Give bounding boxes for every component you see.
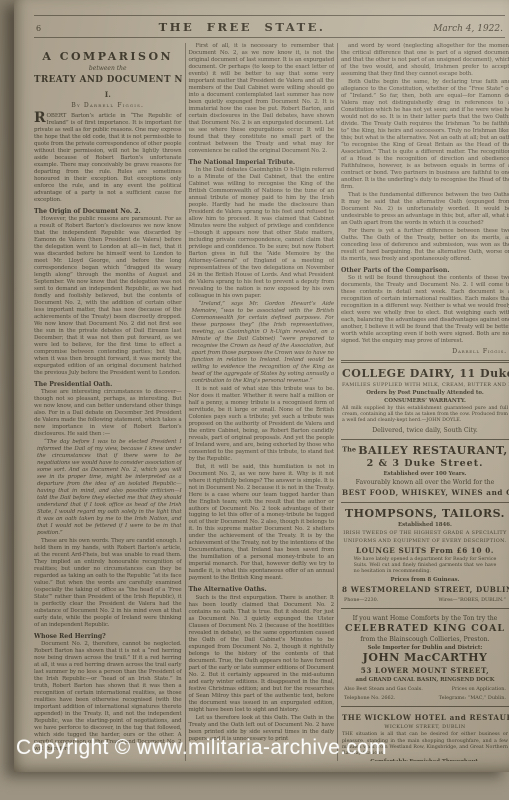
ad-line-h2: 2 & 3 Duke Street. [342,458,508,469]
ad-row-left: Also Best Steam and Gas Coals. [344,686,423,692]
ad-line-caps: IRISH TWEEDS OF THE HIGHEST GRADE A SPEC… [342,530,508,536]
ad-line-h3: BEST FOOD, WHISKEY, WINES and CIGARS [342,488,508,497]
section-number: I. [34,90,182,99]
article-paragraph: and word by word (neglecting altogether … [341,43,509,78]
ad-row-right: Wires—“ROBES, DUBLIN.” [438,597,506,603]
ad-line-bold: and GRAND CANAL BASIN, RINGSEND DOCK [342,677,508,683]
article-subtitle: TREATY AND DOCUMENT No. 2. [34,75,182,85]
article-subheading: The Origin of Document No. 2. [34,208,182,215]
article-subheading: The Presidential Oath. [34,381,182,388]
ad-line-caps: FAMILIES SUPPLIED WITH MILK, CREAM, BUTT… [342,382,508,388]
article-paragraph: These are interesting circumstances to d… [34,389,182,438]
article-paragraph: It is not said of what size this tribute… [188,386,334,463]
ad-john-maccarthy-coal: If you want Home Comforts by the Ton try… [341,608,509,706]
advertisements-section: COLLEGE DAIRY, 11 Duke StreetFAMILIES SU… [341,360,509,761]
ad-line-line: Delivered, twice daily, South City. [342,427,508,434]
ad-line-h1: JOHN MacCARTHY [342,651,508,664]
article-quote: “The day before I was to be elected Pres… [34,439,182,537]
issue-date: March 4, 1922. [408,24,503,34]
ad-line-h1: THOMPSONS, TAILORS. [342,507,508,520]
article-title: A COMPARISON [34,50,182,63]
article-column-3: and word by word (neglecting altogether … [341,43,509,761]
article-paragraph: First of all, it is necessary to remembe… [188,43,334,155]
article-paragraph: Such is the first expurgation. There is … [188,595,334,714]
ad-line-h3: LOUNGE SUITS From £6 10 0. [342,546,508,555]
ad-line-row: Phone—2230.Wires—“ROBES, DUBLIN.” [342,597,508,603]
ad-line-row: Telephone No. 2662.Telegrams: “MAC,” Dub… [342,695,508,701]
ad-line-finec: We have lately opened a department for R… [354,557,497,576]
article-paragraph: These are his own words. They are candid… [34,538,182,629]
page-number: 6 [36,24,76,33]
article-subheading: Whose Red Herring? [34,633,182,640]
article-paragraph: That is the fundamental difference betwe… [341,192,509,227]
ad-line-fine: All milk supplied by this establishment … [342,406,508,425]
article-columns: A COMPARISON between the TREATY AND DOCU… [34,43,509,761]
ad-line-h3: THE WICKLOW HOTEL and RESTAURANT [342,713,508,722]
article-column-2: First of all, it is necessary to remembe… [188,43,334,761]
article-paragraph: So it will be found throughout the conte… [341,275,509,345]
column-rule [185,43,186,761]
ad-line-caps: WICKLOW STREET, DUBLIN [342,724,508,730]
ad-line-line: Favourably known all over the World for … [342,479,508,486]
ad-line-bold: Established over 100 Years. [342,471,508,477]
ad-line-h1: COLLEGE DAIRY, 11 Duke Street [342,367,508,380]
article-subheading: Other Parts of the Comparison. [341,267,509,274]
column-rule [337,43,338,761]
ad-row-left: Telephone No. 2662. [344,695,395,701]
article-paragraph: For there is yet a further difference be… [341,228,509,263]
article-subheading: The Alternative Oaths. [188,586,334,593]
ad-line-bold: CONSUMERS’ WARRANTY. [342,398,508,404]
byline: By Darrell Figgis. [34,102,182,109]
ad-line-row: Also Best Steam and Gas Coals.Prices on … [342,686,508,692]
ad-headline-prefix: The [342,445,358,453]
ad-line-h2: CELEBRATED KING COAL [342,623,508,634]
ad-thompsons-tailors: THOMPSONS, TAILORS.Established 1846.IRIS… [341,502,509,609]
watermark: Copyright © www.militaria-archive.com [16,736,387,760]
scanned-newspaper-photo: { "watermark": "Copyright © www.militari… [0,0,509,800]
author-signature: Darrell Figgis. [341,348,507,355]
ad-row-left: Phone—2230. [344,597,378,603]
article-column-1: A COMPARISON between the TREATY AND DOCU… [34,43,182,761]
ad-line-line: from the Blainscough Collieries, Preston… [342,636,508,643]
ad-row-right: Telegrams: “MAC,” Dublin. [439,695,506,701]
ad-bailey-restaurant: The BAILEY RESTAURANT,2 & 3 Duke Street.… [341,439,509,502]
ad-line-bold: Orders by Post Punctually Attended to. [342,390,508,396]
ad-line-bold: Established 1846. [342,522,508,528]
article-title-connector: between the [34,65,182,72]
ad-line-h3: 53 LOWER MOUNT STREET, [342,666,508,675]
ad-line-h1: The BAILEY RESTAURANT, [342,444,508,457]
masthead: 6 THE FREE STATE. March 4, 1922. [34,15,505,38]
article-quote: “Ireland,” says Mr. Gordon Hewart’s Aide… [188,301,334,385]
article-paragraph: ROBERT Barton’s article in “The Republic… [34,113,182,204]
ad-line-bold: Prices from 8 Guineas. [342,577,508,583]
ad-line-h3: 8 WESTMORELAND STREET, DUBLIN. [342,585,508,594]
newspaper-page: 6 THE FREE STATE. March 4, 1922. A COMPA… [14,0,509,772]
ad-college-dairy: COLLEGE DAIRY, 11 Duke StreetFAMILIES SU… [341,363,509,439]
masthead-title: THE FREE STATE. [76,20,408,34]
article-subheading: The National Imperial Tribute. [188,159,334,166]
ad-line-caps: UNIFORMS AND EQUIPMENT OF EVERY DESCRIPT… [342,538,508,544]
ad-row-right: Prices on Application. [452,686,506,692]
article-paragraph: In the Dail debates Caoimhghin O h-Uigin… [188,167,334,300]
article-paragraph: But, it will be said, this humiliation i… [188,464,334,583]
drop-cap: R [34,113,46,124]
article-header: A COMPARISON between the TREATY AND DOCU… [34,50,182,109]
ad-line-line: If you want Home Comforts by the Ton try… [342,615,508,622]
article-paragraph: However, the public reasons are paramoun… [34,216,182,377]
article-column-3-text: and word by word (neglecting altogether … [341,43,509,355]
article-paragraph: Both Oaths begin the same, by declaring … [341,79,509,191]
